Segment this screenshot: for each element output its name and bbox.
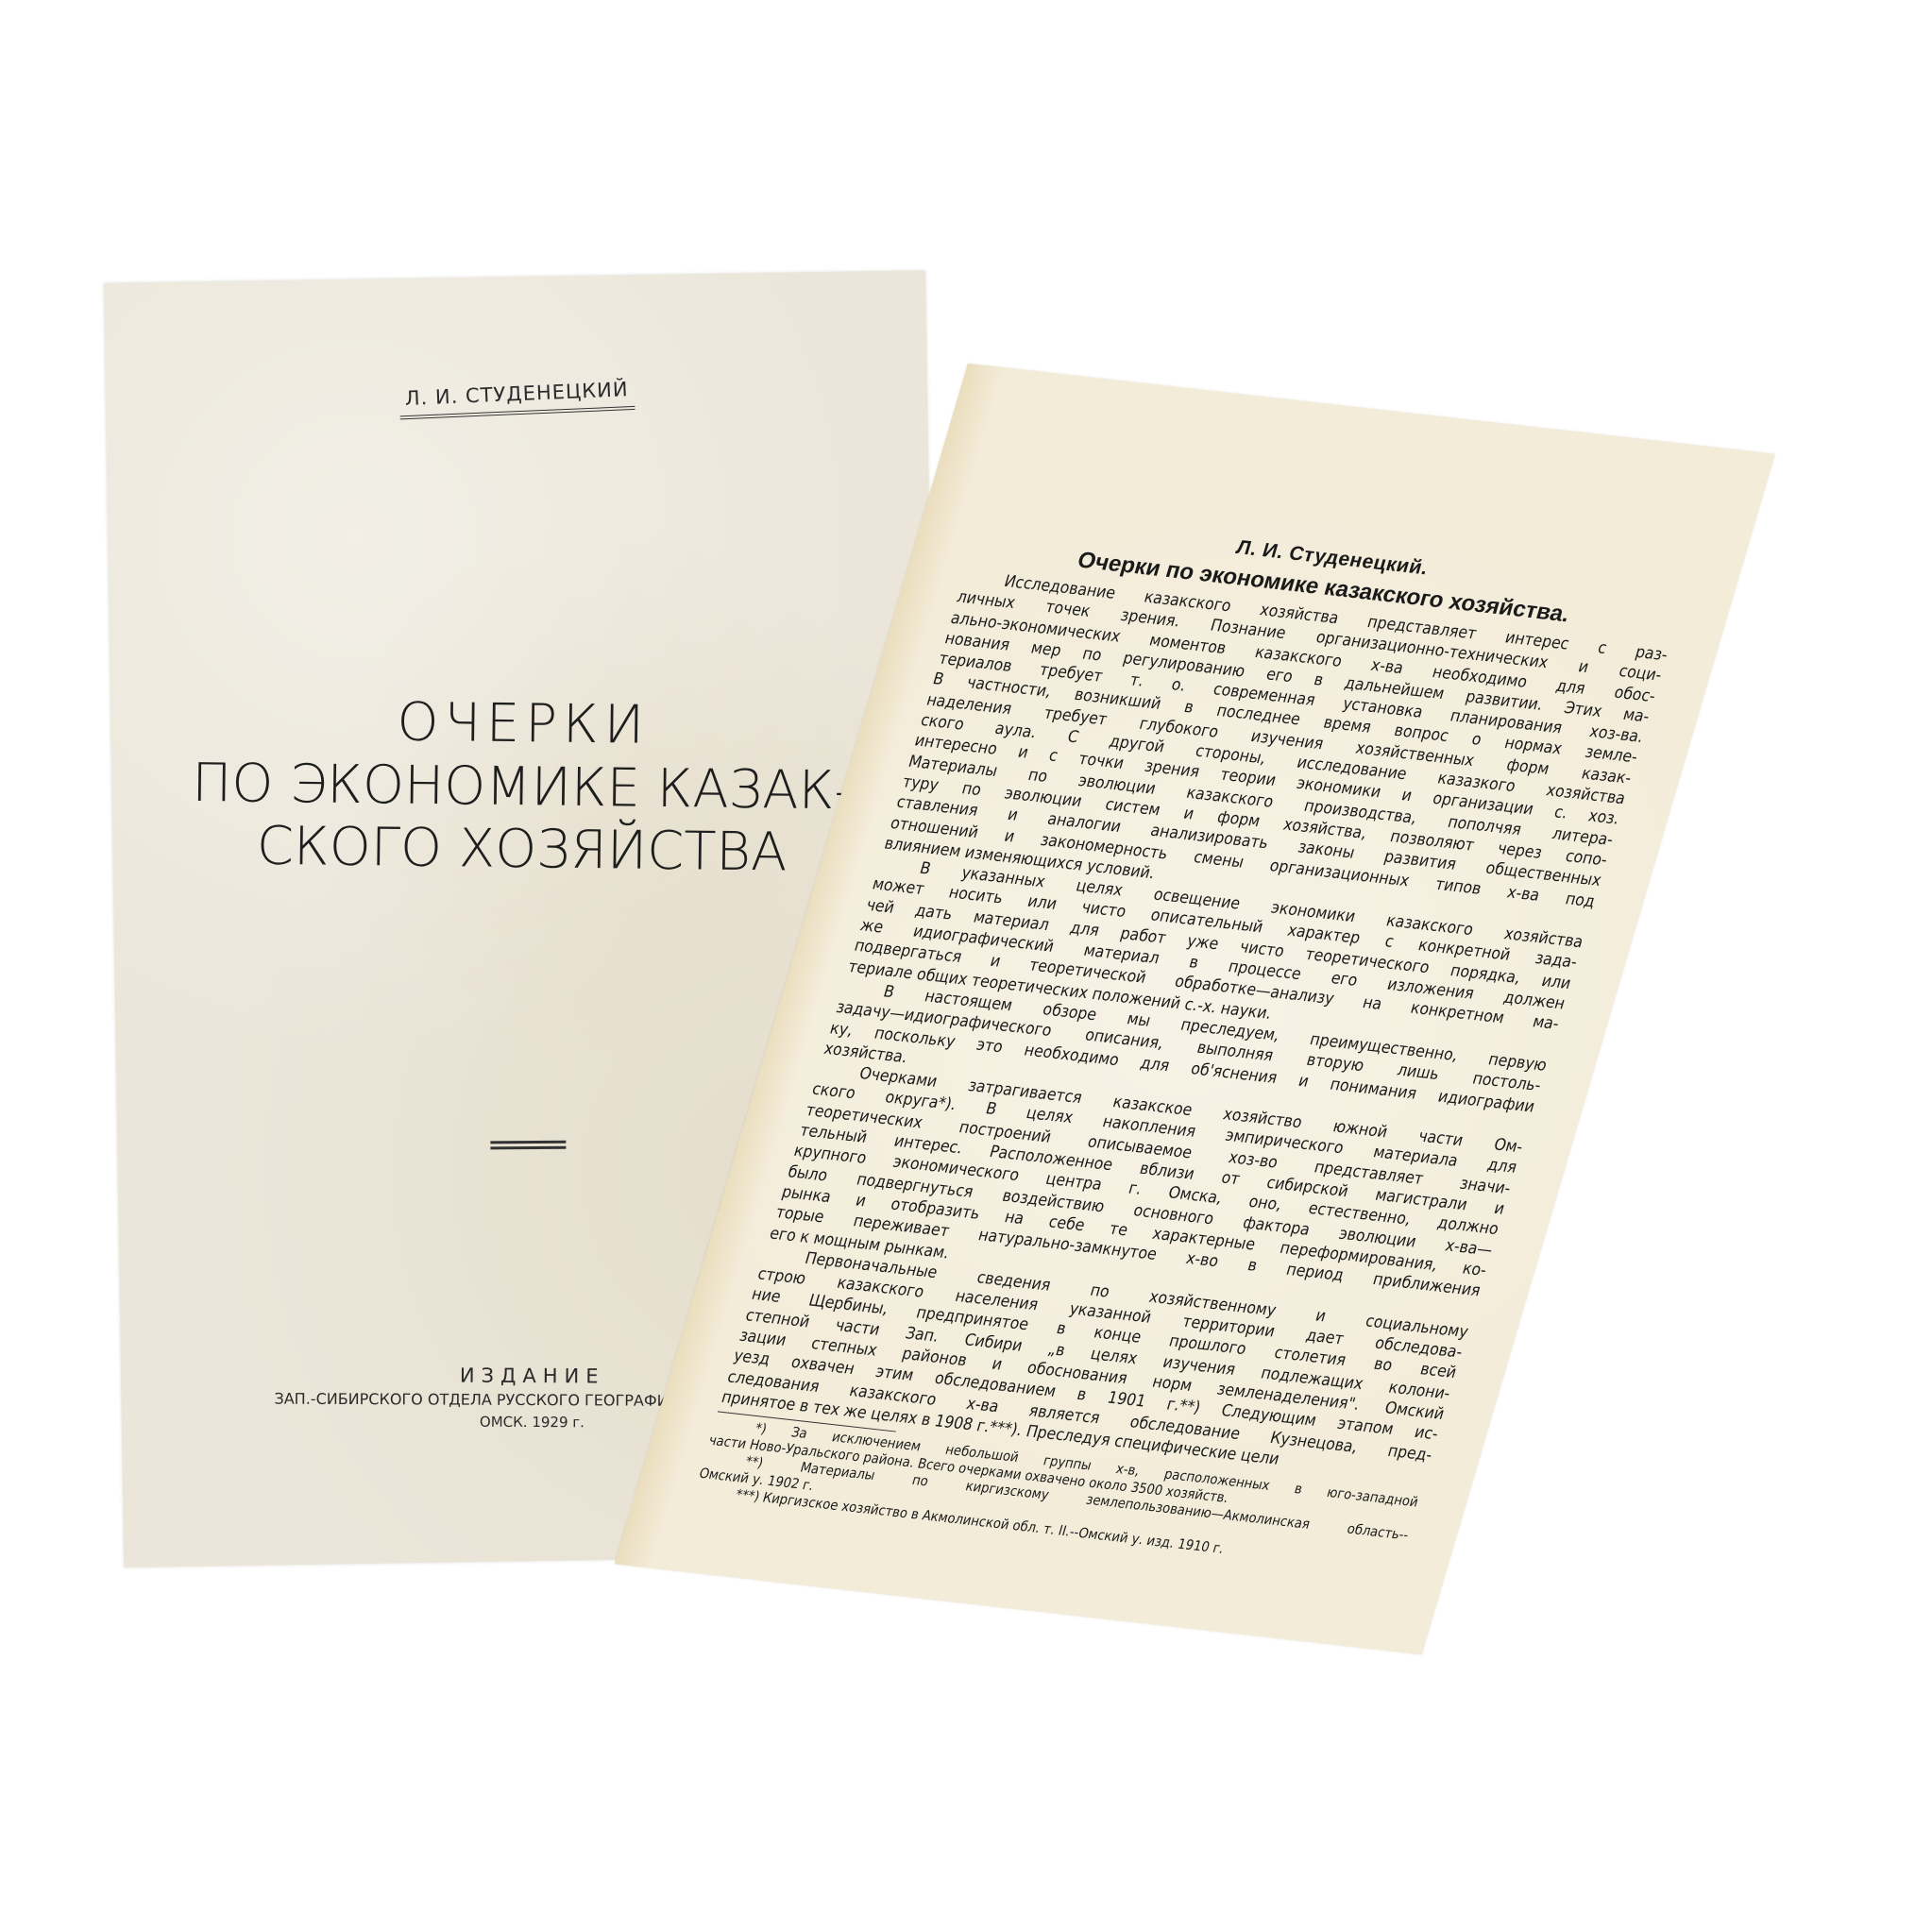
cover-title-line: ОЧЕРКИ (112, 687, 935, 762)
cover-title: ОЧЕРКИ ПО ЭКОНОМИКЕ КАЗАК- СКОГО ХОЗЯЙСТ… (110, 687, 934, 887)
double-rule-divider (490, 1141, 566, 1150)
cover-title-line: СКОГО ХОЗЯЙСТВА (110, 814, 933, 887)
cover-author-text: Л. И. СТУДЕНЕЦКИЙ (398, 378, 635, 419)
cover-title-line: ПО ЭКОНОМИКЕ КАЗАК- (111, 752, 934, 824)
cover-author: Л. И. СТУДЕНЕЦКИЙ (106, 376, 927, 421)
